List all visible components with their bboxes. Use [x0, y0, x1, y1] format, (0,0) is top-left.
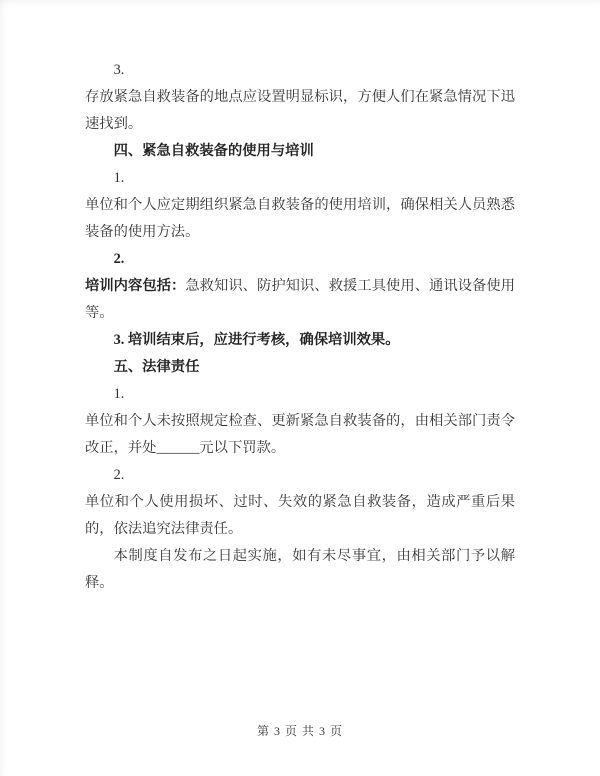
paragraph: 单位和个人应定期组织紧急自救装备的使用培训，确保相关人员熟悉装备的使用方法。	[85, 192, 515, 246]
paragraph: 存放紧急自救装备的地点应设置明显标识，方便人们在紧急情况下迅速找到。	[85, 84, 515, 138]
list-number: 2.	[85, 246, 515, 273]
section-heading-5: 五、法律责任	[85, 354, 515, 381]
training-item-3: 3. 培训结束后，应进行考核，确保培训效果。	[85, 327, 515, 354]
paragraph-training-content: 培训内容包括：急救知识、防护知识、救援工具使用、通讯设备使用等。	[85, 273, 515, 327]
document-page: 3. 存放紧急自救装备的地点应设置明显标识，方便人们在紧急情况下迅速找到。 四、…	[0, 0, 600, 776]
paragraph: 单位和个人使用损坏、过时、失效的紧急自救装备，造成严重后果的，依法追究法律责任。	[85, 489, 515, 543]
list-number: 3.	[85, 57, 515, 84]
closing-paragraph: 本制度自发布之日起实施，如有未尽事宜，由相关部门予以解释。	[85, 543, 515, 597]
document-body: 3. 存放紧急自救装备的地点应设置明显标识，方便人们在紧急情况下迅速找到。 四、…	[85, 57, 515, 597]
list-number: 1.	[85, 381, 515, 408]
paragraph: 单位和个人未按照规定检查、更新紧急自救装备的，由相关部门责令改正，并处_____…	[85, 408, 515, 462]
section-heading-4: 四、紧急自救装备的使用与培训	[85, 138, 515, 165]
paragraph-lead: 培训内容包括：	[85, 278, 185, 294]
list-number: 2.	[85, 462, 515, 489]
list-number: 1.	[85, 165, 515, 192]
page-number-footer: 第 3 页 共 3 页	[0, 722, 600, 739]
